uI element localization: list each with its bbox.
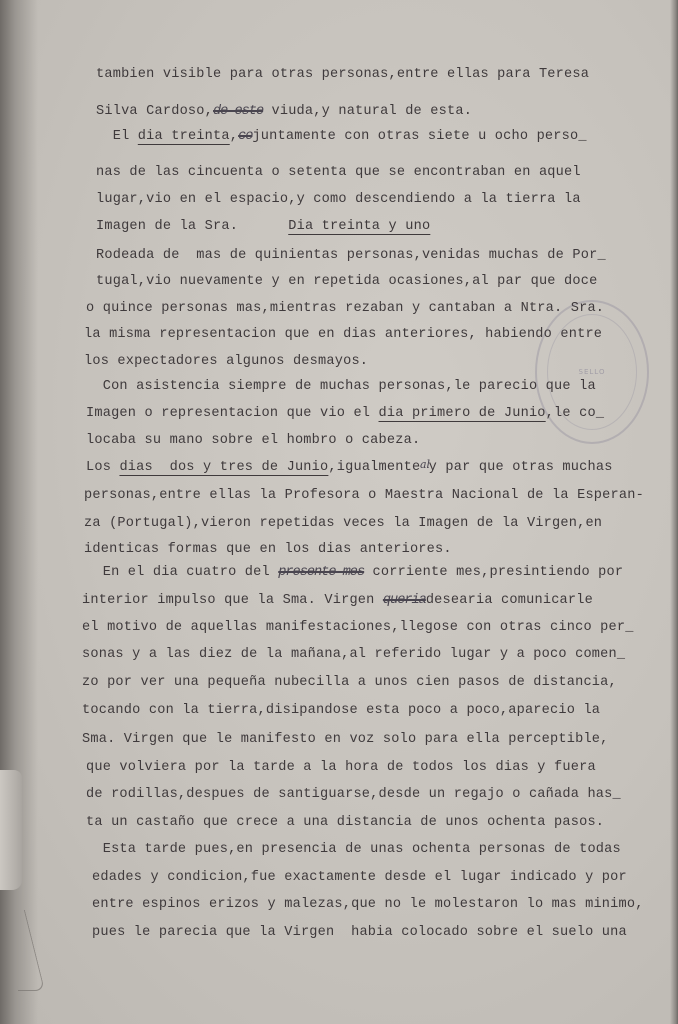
line-text: Imagen o representacion que vio el — [86, 406, 379, 421]
line-text: za (Portugal),vieron repetidas veces la … — [84, 516, 602, 531]
text-line: lugar,vio en el espacio,y como descendie… — [96, 192, 581, 207]
line-text: ta un castaño que crece a una distancia … — [86, 815, 604, 830]
text-line: que volviera por la tarde a la hora de t… — [86, 760, 596, 775]
struck-out-text: presente mes — [278, 565, 364, 580]
line-text: lugar,vio en el espacio,y como descendie… — [96, 192, 581, 207]
text-line: entre espinos erizos y malezas,que no le… — [92, 897, 644, 912]
text-line: za (Portugal),vieron repetidas veces la … — [84, 516, 602, 531]
text-line: Silva Cardoso,de este viuda,y natural de… — [96, 104, 472, 119]
line-text: entre espinos erizos y malezas,que no le… — [92, 897, 644, 912]
text-line: sonas y a las diez de la mañana,al refer… — [82, 647, 625, 662]
line-text: tocando con la tierra,disipandose esta p… — [82, 703, 600, 718]
line-text: tambien visible para otras personas,entr… — [96, 67, 589, 82]
text-line: interior impulso que la Sma. Virgen quer… — [82, 593, 593, 608]
text-line: Los dias dos y tres de Junio,igualmente … — [86, 460, 613, 475]
text-line: Esta tarde pues,en presencia de unas och… — [86, 842, 621, 857]
line-text: de rodillas,despues de santiguarse,desde… — [86, 787, 621, 802]
line-text: desearia comunicarle — [426, 593, 593, 608]
line-text: nas de las cincuenta o setenta que se en… — [96, 165, 581, 180]
underlined-text: dias dos y tres de Junio — [119, 460, 328, 475]
text-line: de rodillas,despues de santiguarse,desde… — [86, 787, 621, 802]
line-text: ,igualmente y par que otras muchas — [328, 460, 612, 475]
text-line: Imagen o representacion que vio el dia p… — [86, 406, 604, 421]
struck-out-text: queria — [383, 593, 426, 608]
line-text: En el dia cuatro del — [86, 565, 278, 580]
text-line: personas,entre ellas la Profesora o Maes… — [84, 488, 644, 503]
line-text: tugal,vio nuevamente y en repetida ocasi… — [96, 274, 597, 289]
line-text: Imagen de la Sra. — [96, 219, 288, 234]
text-line: nas de las cincuenta o setenta que se en… — [96, 165, 581, 180]
line-text: , — [230, 129, 238, 144]
line-text: que volviera por la tarde a la hora de t… — [86, 760, 596, 775]
struck-out-text: de este — [213, 104, 263, 119]
line-text: zo por ver una pequeña nubecilla a unos … — [82, 675, 617, 690]
text-line: o quince personas mas,mientras rezaban y… — [86, 301, 604, 316]
text-line: tugal,vio nuevamente y en repetida ocasi… — [96, 274, 597, 289]
text-line: ta un castaño que crece a una distancia … — [86, 815, 604, 830]
line-text: juntamente con otras siete u ocho perso_ — [252, 129, 586, 144]
line-text: edades y condicion,fue exactamente desde… — [92, 870, 627, 885]
text-line: El dia treinta,cojuntamente con otras si… — [96, 129, 587, 144]
underlined-text: Dia treinta y uno — [288, 219, 430, 234]
text-line: identicas formas que en los dias anterio… — [84, 542, 452, 557]
line-text: Con asistencia siempre de muchas persona… — [86, 379, 596, 394]
struck-out-text: co — [238, 129, 252, 144]
typewritten-text: tambien visible para otras personas,entr… — [0, 0, 678, 1024]
handwritten-note: al — [420, 458, 430, 471]
line-text: viuda,y natural de esta. — [263, 104, 472, 119]
underlined-text: dia primero de Junio — [379, 406, 546, 421]
line-text: la misma representacion que en dias ante… — [84, 327, 602, 342]
text-line: los expectadores algunos desmayos. — [84, 354, 368, 369]
line-text: Los — [86, 460, 119, 475]
underlined-text: dia treinta — [138, 129, 230, 144]
text-line: la misma representacion que en dias ante… — [84, 327, 602, 342]
text-line: tocando con la tierra,disipandose esta p… — [82, 703, 600, 718]
line-text: ,le co_ — [546, 406, 605, 421]
text-line: Rodeada de mas de quinientas personas,ve… — [96, 248, 606, 263]
line-text: corriente mes,presintiendo por — [364, 565, 623, 580]
line-text: o quince personas mas,mientras rezaban y… — [86, 301, 604, 316]
line-text: sonas y a las diez de la mañana,al refer… — [82, 647, 625, 662]
text-line: Imagen de la Sra. Dia treinta y uno — [96, 219, 430, 234]
line-text: los expectadores algunos desmayos. — [84, 354, 368, 369]
line-text: locaba su mano sobre el hombro o cabeza. — [86, 433, 420, 448]
text-line: En el dia cuatro del presente mes corrie… — [86, 565, 623, 580]
text-line: Con asistencia siempre de muchas persona… — [86, 379, 596, 394]
line-text: El — [96, 129, 138, 144]
text-line: edades y condicion,fue exactamente desde… — [92, 870, 627, 885]
line-text: interior impulso que la Sma. Virgen — [82, 593, 383, 608]
line-text: el motivo de aquellas manifestaciones,ll… — [82, 620, 634, 635]
line-text: Rodeada de mas de quinientas personas,ve… — [96, 248, 606, 263]
text-line: Sma. Virgen que le manifesto en voz solo… — [82, 732, 609, 747]
line-text: Esta tarde pues,en presencia de unas och… — [86, 842, 621, 857]
text-line: pues le parecia que la Virgen habia colo… — [92, 925, 627, 940]
text-line: tambien visible para otras personas,entr… — [96, 67, 589, 82]
text-line: zo por ver una pequeña nubecilla a unos … — [82, 675, 617, 690]
line-text: Sma. Virgen que le manifesto en voz solo… — [82, 732, 609, 747]
text-line: locaba su mano sobre el hombro o cabeza. — [86, 433, 420, 448]
text-line: el motivo de aquellas manifestaciones,ll… — [82, 620, 634, 635]
line-text: pues le parecia que la Virgen habia colo… — [92, 925, 627, 940]
line-text: personas,entre ellas la Profesora o Maes… — [84, 488, 644, 503]
line-text: identicas formas que en los dias anterio… — [84, 542, 452, 557]
line-text: Silva Cardoso, — [96, 104, 213, 119]
